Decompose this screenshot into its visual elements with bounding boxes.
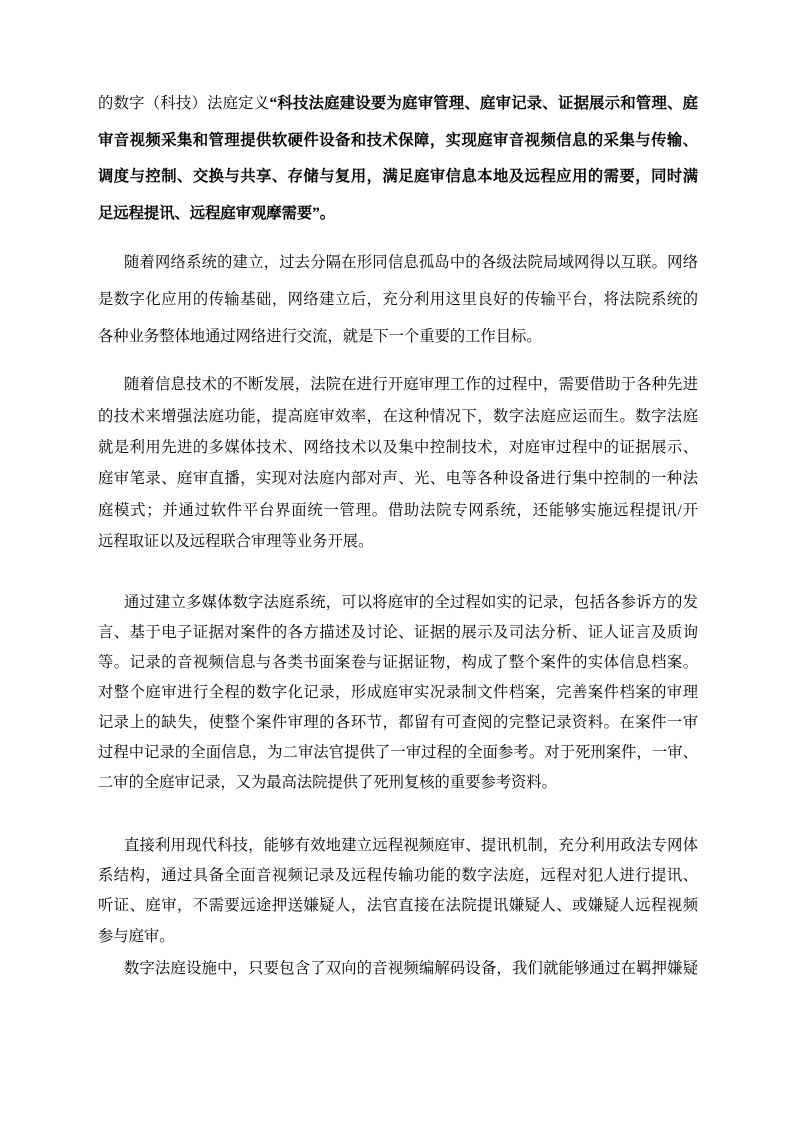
network-system-paragraph: 随着网络系统的建立，过去分隔在形同信息孤岛中的各级法院局域网得以互联。网络是数字… bbox=[98, 245, 698, 355]
bold-text-segment: 审音视频采集和管理提供软硬件设备和技术保障，实现庭审音视频信息的采集与传输、 bbox=[98, 132, 698, 149]
text-line: 远程取证以及远程联合审理等业务开展。 bbox=[98, 526, 698, 557]
text-line: 的数字（科技）法庭定义“科技法庭建设要为庭审管理、庭审记录、证据展示和管理、庭 bbox=[98, 86, 698, 123]
bold-text-segment: “科技法庭建设要为庭审管理、庭审记录、证据展示和管理、庭 bbox=[269, 95, 698, 112]
text-line: 庭模式；并通过软件平台界面统一管理。借助法院专网系统，还能够实施远程提讯/开庭、 bbox=[98, 495, 698, 526]
text-line: 调度与控制、交换与共享、存储与复用，满足庭审信息本地及远程应用的需要，同时满 bbox=[98, 159, 698, 196]
text-line: 对整个庭审进行全程的数字化记录，形成庭审实况录制文件档案，完善案件档案的审理 bbox=[98, 678, 698, 708]
text-line: 通过建立多媒体数字法庭系统，可以将庭审的全过程如实的记录，包括各参诉方的发 bbox=[98, 588, 698, 618]
trial-recording-archive-paragraph: 通过建立多媒体数字法庭系统，可以将庭审的全过程如实的记录，包括各参诉方的发言、基… bbox=[98, 588, 698, 798]
text-line: 言、基于电子证据对案件的各方描述及讨论、证据的展示及司法分析、证人证言及质询 bbox=[98, 618, 698, 648]
codec-facilities-paragraph: 数字法庭设施中，只要包含了双向的音视频编解码设备，我们就能够通过在羁押嫌疑 bbox=[98, 954, 698, 984]
bold-text-segment: 调度与控制、交换与共享、存储与复用，满足庭审信息本地及远程应用的需要，同时满 bbox=[98, 168, 698, 185]
text-line: 二审的全庭审记录，又为最高法院提供了死刑复核的重要参考资料。 bbox=[98, 768, 698, 798]
text-line: 等。记录的音视频信息与各类书面案卷与证据证物，构成了整个案件的实体信息档案。 bbox=[98, 648, 698, 678]
text-line: 系结构，通过具备全面音视频记录及远程传输功能的数字法庭，远程对犯人进行提讯、 bbox=[98, 861, 698, 891]
text-line: 的技术来增强法庭功能，提高庭审效率，在这种情况下，数字法庭应运而生。数字法庭 bbox=[98, 401, 698, 432]
text-line: 随着信息技术的不断发展，法院在进行开庭审理工作的过程中，需要借助于各种先进 bbox=[98, 369, 698, 400]
bold-text-segment: 足远程提讯、远程庭审观摩需要”。 bbox=[98, 205, 335, 222]
text-line: 审音视频采集和管理提供软硬件设备和技术保障，实现庭审音视频信息的采集与传输、 bbox=[98, 123, 698, 160]
tech-court-definition-quote-paragraph: 的数字（科技）法庭定义“科技法庭建设要为庭审管理、庭审记录、证据展示和管理、庭审… bbox=[98, 86, 698, 232]
text-line: 足远程提讯、远程庭审观摩需要”。 bbox=[98, 196, 698, 233]
document-page: 的数字（科技）法庭定义“科技法庭建设要为庭审管理、庭审记录、证据展示和管理、庭审… bbox=[0, 0, 793, 1122]
text-line: 各种业务整体地通过网络进行交流，就是下一个重要的工作目标。 bbox=[98, 319, 698, 356]
document-body: 的数字（科技）法庭定义“科技法庭建设要为庭审管理、庭审记录、证据展示和管理、庭审… bbox=[98, 86, 698, 984]
text-line: 直接利用现代科技，能够有效地建立远程视频庭审、提讯机制，充分利用政法专网体 bbox=[98, 831, 698, 861]
text-line: 听证、庭审，不需要远途押送嫌疑人，法官直接在法院提讯嫌疑人、或嫌疑人远程视频 bbox=[98, 891, 698, 921]
text-line: 庭审笔录、庭审直播，实现对法庭内部对声、光、电等各种设备进行集中控制的一种法 bbox=[98, 463, 698, 494]
text-line: 记录上的缺失，使整个案件审理的各环节，都留有可查阅的完整记录资料。在案件一审 bbox=[98, 708, 698, 738]
text-line: 就是利用先进的多媒体技术、网络技术以及集中控制技术，对庭审过程中的证据展示、 bbox=[98, 432, 698, 463]
text-line: 随着网络系统的建立，过去分隔在形同信息孤岛中的各级法院局域网得以互联。网络 bbox=[98, 245, 698, 282]
text-line: 参与庭审。 bbox=[98, 922, 698, 952]
text-line: 数字法庭设施中，只要包含了双向的音视频编解码设备，我们就能够通过在羁押嫌疑 bbox=[98, 954, 698, 984]
remote-video-trial-paragraph: 直接利用现代科技，能够有效地建立远程视频庭审、提讯机制，充分利用政法专网体系结构… bbox=[98, 831, 698, 953]
digital-court-emergence-paragraph: 随着信息技术的不断发展，法院在进行开庭审理工作的过程中，需要借助于各种先进的技术… bbox=[98, 369, 698, 557]
text-line: 过程中记录的全面信息，为二审法官提供了一审过程的全面参考。对于死刑案件，一审、 bbox=[98, 738, 698, 768]
text-line: 是数字化应用的传输基础，网络建立后，充分利用这里良好的传输平台，将法院系统的 bbox=[98, 282, 698, 319]
text-segment: 的数字（科技）法庭定义 bbox=[98, 95, 269, 112]
